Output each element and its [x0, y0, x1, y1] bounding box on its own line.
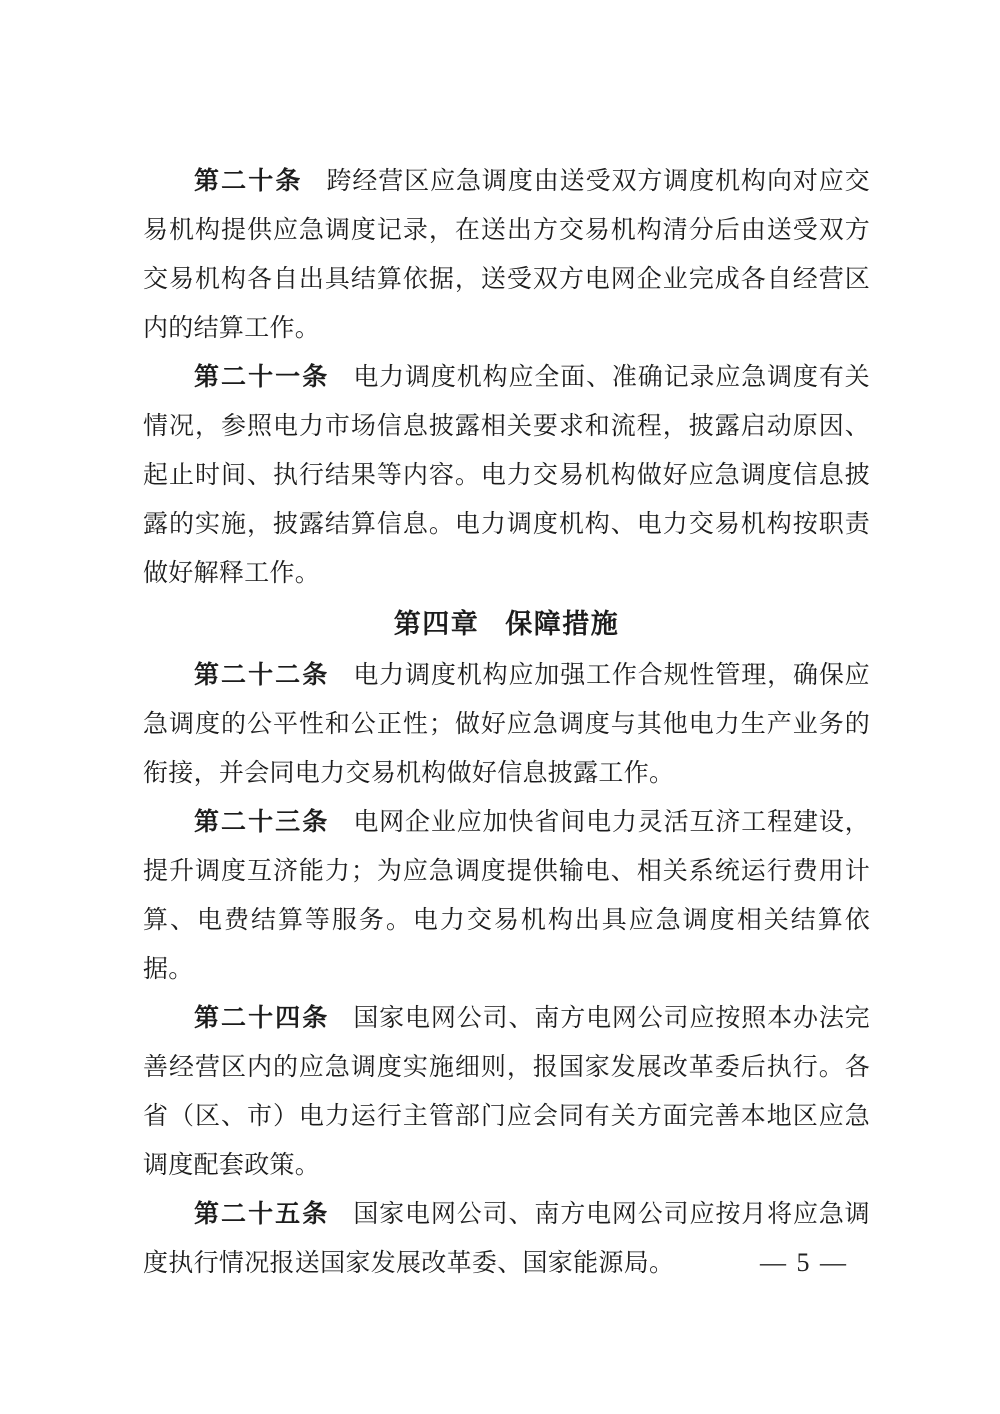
article-paragraph-21: 第二十一条电力调度机构应全面、准确记录应急调度有关情况，参照电力市场信息披露相关… — [143, 353, 870, 598]
document-page: 第二十条跨经营区应急调度由送受双方调度机构向对应交易机构提供应急调度记录，在送出… — [0, 0, 1000, 1414]
article-label-23: 第二十三条 — [194, 808, 329, 836]
article-label-25: 第二十五条 — [194, 1200, 329, 1228]
article-label-24: 第二十四条 — [194, 1004, 329, 1032]
page-footer: — 5 — — [760, 1248, 848, 1278]
chapter-title: 保障措施 — [505, 609, 619, 639]
article-text-21: 电力调度机构应全面、准确记录应急调度有关情况，参照电力市场信息披露相关要求和流程… — [143, 364, 870, 587]
article-label-20: 第二十条 — [194, 167, 302, 195]
article-label-21: 第二十一条 — [194, 363, 329, 391]
article-paragraph-22: 第二十二条电力调度机构应加强工作合规性管理，确保应急调度的公平性和公正性；做好应… — [143, 651, 870, 798]
page-number: — 5 — — [760, 1248, 848, 1277]
article-paragraph-24: 第二十四条国家电网公司、南方电网公司应按照本办法完善经营区内的应急调度实施细则，… — [143, 994, 870, 1190]
chapter-label: 第四章 — [394, 609, 480, 639]
article-label-22: 第二十二条 — [194, 661, 329, 689]
document-body: 第二十条跨经营区应急调度由送受双方调度机构向对应交易机构提供应急调度记录，在送出… — [143, 157, 870, 1288]
chapter-heading: 第四章保障措施 — [143, 600, 870, 649]
article-paragraph-20: 第二十条跨经营区应急调度由送受双方调度机构向对应交易机构提供应急调度记录，在送出… — [143, 157, 870, 353]
article-paragraph-23: 第二十三条电网企业应加快省间电力灵活互济工程建设，提升调度互济能力；为应急调度提… — [143, 798, 870, 994]
